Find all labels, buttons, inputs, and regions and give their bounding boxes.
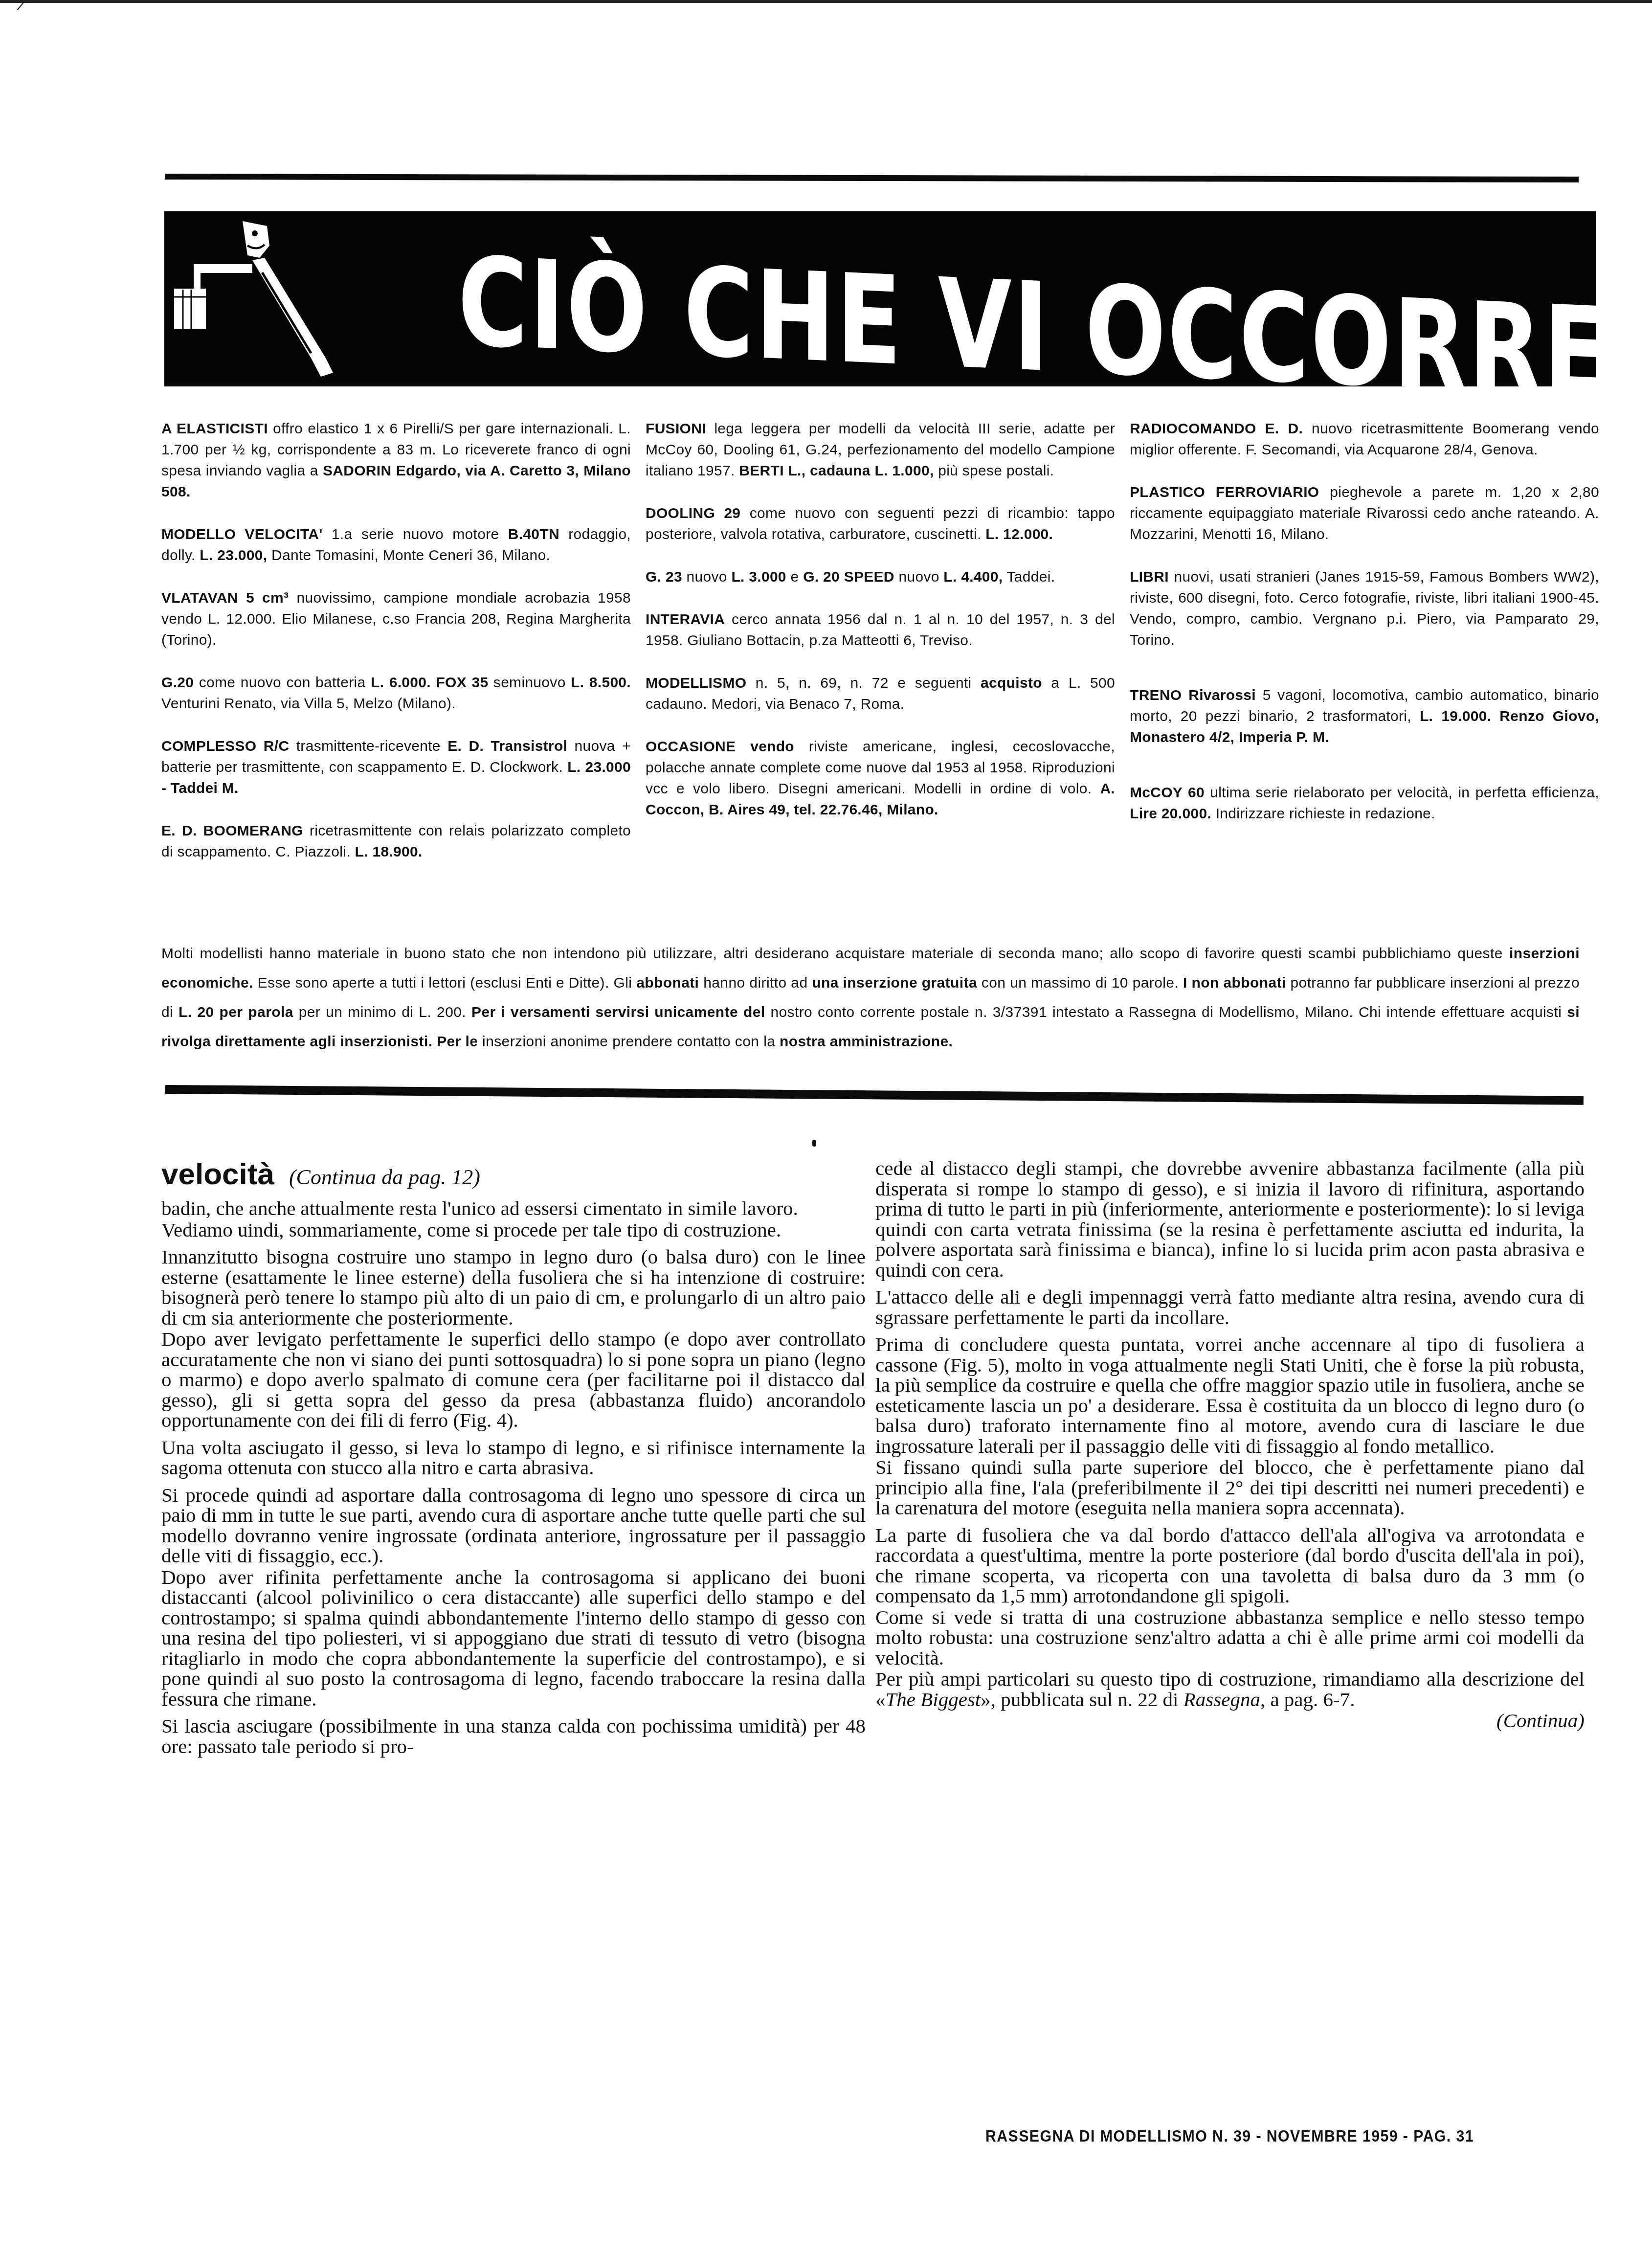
ad-item: G.20 come nuovo con batteria L. 6.000. F… [161,672,631,714]
ink-dot [812,1140,816,1147]
ad-item: G. 23 nuovo L. 3.000 e G. 20 SPEED nuovo… [646,566,1115,587]
paragraph: cede al distacco degli stampi, che dovre… [875,1158,1585,1280]
ad-item: VLATAVAN 5 cm³ nuovissimo, campione mond… [161,587,631,651]
ad-item: INTERAVIA cerco annata 1956 dal n. 1 al … [646,609,1115,651]
ad-item: LIBRI nuovi, usati stranieri (Janes 1915… [1130,566,1599,651]
paragraph: Una volta asciugato il gesso, si leva lo… [161,1438,866,1478]
ad-item: COMPLESSO R/C trasmittente-ricevente E. … [161,736,631,799]
ad-item: MODELLO VELOCITA' 1.a serie nuovo motore… [161,524,631,566]
ad-item: A ELASTICISTI offro elastico 1 x 6 Pirel… [161,418,631,502]
article-title: velocità [161,1157,274,1191]
paragraph: Dopo aver rifinita perfettamente anche l… [161,1567,866,1710]
paragraph: Si fissano quindi sulla parte superiore … [875,1457,1585,1518]
ads-notice: Molti modellisti hanno materiale in buon… [161,939,1580,1057]
paragraph: Prima di concludere questa puntata, vorr… [875,1334,1585,1456]
continued-marker: (Continua) [875,1711,1585,1731]
ad-item: PLASTICO FERROVIARIO pieghevole a parete… [1130,482,1599,545]
scan-mark [17,3,48,10]
top-divider-rule [165,174,1579,182]
ad-item: E. D. BOOMERANG ricetrasmittente con rel… [161,820,631,862]
paragraph: Come si vede si tratta di una costruzion… [875,1607,1585,1669]
ads-column-1: A ELASTICISTI offro elastico 1 x 6 Pirel… [161,418,631,884]
ads-column-3: RADIOCOMANDO E. D. nuovo ricetrasmittent… [1130,418,1599,846]
paragraph: Dopo aver levigato perfettamente le supe… [161,1329,866,1431]
ads-column-2: FUSIONI lega leggera per modelli da velo… [646,418,1115,842]
page-footer: RASSEGNA DI MODELLISMO N. 39 - NOVEMBRE … [985,2127,1474,2145]
banner-title: CIÒ CHE VI OCCORRE [458,231,1564,386]
article-column-right: cede al distacco degli stampi, che dovre… [875,1158,1585,1738]
ad-item: DOOLING 29 come nuovo con seguenti pezzi… [646,503,1115,545]
cartoon-man-holding-package-icon [164,211,438,386]
ad-item: RADIOCOMANDO E. D. nuovo ricetrasmittent… [1130,418,1599,460]
section-divider-rule [165,1085,1584,1105]
paragraph: Si lascia asciugare (possibilmente in un… [161,1716,866,1757]
paragraph: Innanzitutto bisogna costruire uno stamp… [161,1247,866,1328]
ad-item: OCCASIONE vendo riviste americane, ingle… [646,736,1115,820]
section-banner: CIÒ CHE VI OCCORRE [164,211,1596,386]
article-column-left: badin, che anche attualmente resta l'uni… [161,1198,866,1763]
paragraph: Per più ampi particolari su questo tipo … [875,1669,1585,1710]
paragraph: Si procede quindi ad asportare dalla con… [161,1485,866,1566]
ad-item: FUSIONI lega leggera per modelli da velo… [646,418,1115,481]
ad-item: McCOY 60 ultima serie rielaborato per ve… [1130,782,1599,824]
ad-item: MODELLISMO n. 5, n. 69, n. 72 e seguenti… [646,673,1115,715]
scan-top-edge [0,0,1652,3]
ad-item: TRENO Rivarossi 5 vagoni, locomotiva, ca… [1130,685,1599,748]
paragraph: L'attacco delle ali e degli impennaggi v… [875,1287,1585,1328]
paragraph: La parte di fusoliera che va dal bordo d… [875,1525,1585,1606]
paragraph: badin, che anche attualmente resta l'uni… [161,1198,866,1219]
article-heading: velocità(Continua da pag. 12) [161,1157,480,1192]
article-continuation-note: (Continua da pag. 12) [289,1165,480,1189]
paragraph: Vediamo uindi, sommariamente, come si pr… [161,1220,866,1241]
